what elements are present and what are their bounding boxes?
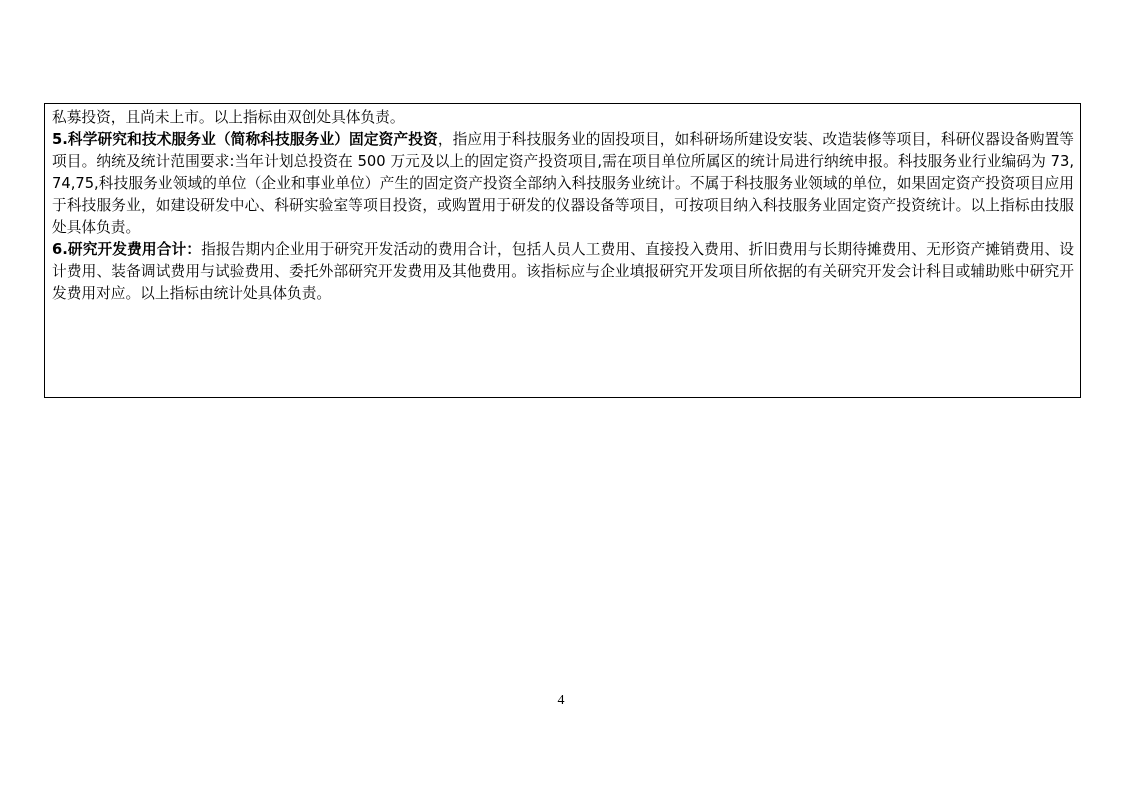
page-number: 4: [0, 693, 1122, 709]
text-run-bold: 6.研究开发费用合计：: [52, 241, 201, 258]
text-run-bold: 5.科学研究和技术服务业（简称科技服务业）固定资产投资: [52, 131, 438, 148]
text-run: 私募投资，且尚未上市。以上指标由双创处具体负责。: [52, 109, 405, 126]
document-page: 私募投资，且尚未上市。以上指标由双创处具体负责。5.科学研究和技术服务业（简称科…: [0, 0, 1122, 793]
paragraph: 私募投资，且尚未上市。以上指标由双创处具体负责。: [52, 107, 1074, 129]
text-run: 指报告期内企业用于研究开发活动的费用合计，包括人员人工费用、直接投入费用、折旧费…: [52, 241, 1074, 302]
paragraph: 6.研究开发费用合计：指报告期内企业用于研究开发活动的费用合计，包括人员人工费用…: [52, 239, 1074, 305]
paragraph: 5.科学研究和技术服务业（简称科技服务业）固定资产投资，指应用于科技服务业的固投…: [52, 129, 1074, 239]
instructions-box: 私募投资，且尚未上市。以上指标由双创处具体负责。5.科学研究和技术服务业（简称科…: [44, 103, 1081, 398]
paragraph-container: 私募投资，且尚未上市。以上指标由双创处具体负责。5.科学研究和技术服务业（简称科…: [52, 107, 1074, 305]
